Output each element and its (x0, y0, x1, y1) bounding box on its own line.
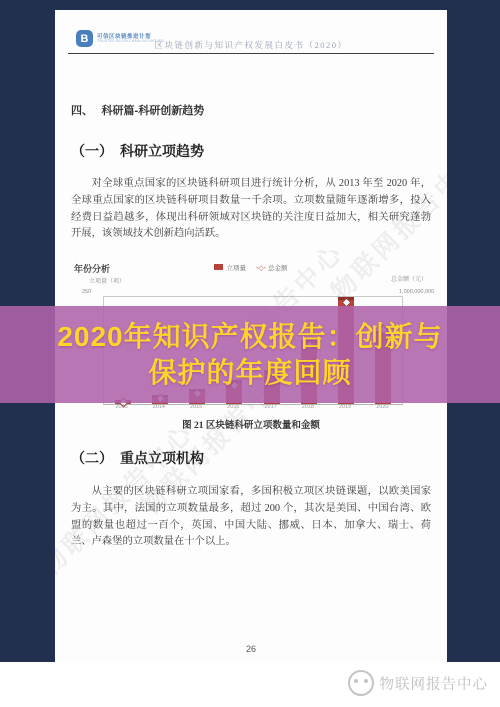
banner-title-line1: 2020年知识产权报告：创新与 (57, 319, 442, 355)
footer-brand-text: 物联网报告中心 (380, 673, 489, 694)
x-axis-label: 2018 (289, 404, 326, 410)
x-axis-label: 2014 (140, 404, 177, 410)
x-axis-label: 2015 (178, 404, 215, 410)
left-axis-label: 立项量（项） (89, 276, 125, 285)
footer-brand: 物联网报告中心 (348, 670, 489, 696)
bar-swatch-icon (214, 264, 223, 270)
legend-item-bars: 立项量 (214, 263, 246, 272)
panda-logo-icon (348, 670, 374, 696)
banner-title-line2: 保护的年度回顾 (148, 355, 351, 391)
page-number: 26 (55, 644, 447, 654)
header-rule (68, 53, 434, 54)
promo-banner-overlay: 2020年知识产权报告：创新与 保护的年度回顾 (0, 306, 500, 403)
section-heading-level1: 四、 科研篇-科研创新趋势 (71, 102, 204, 118)
diamond-marker-icon: -◇- (256, 265, 266, 272)
legend-item-line: -◇-总金额 (256, 263, 288, 272)
section-heading-1: （一） 科研立项趋势 (71, 141, 204, 161)
document-header-title: 区块链创新与知识产权发展白皮书（2020） (55, 39, 447, 51)
x-axis-label: 2019 (327, 404, 364, 410)
x-axis-label: 2020 (364, 404, 401, 410)
x-axis-label: 2013 (103, 404, 140, 410)
right-axis-label: 总金额（元） (391, 274, 427, 283)
left-axis-top-tick: 250 (82, 289, 91, 295)
right-axis-top-tick: 1,000,000,000 (399, 289, 434, 295)
